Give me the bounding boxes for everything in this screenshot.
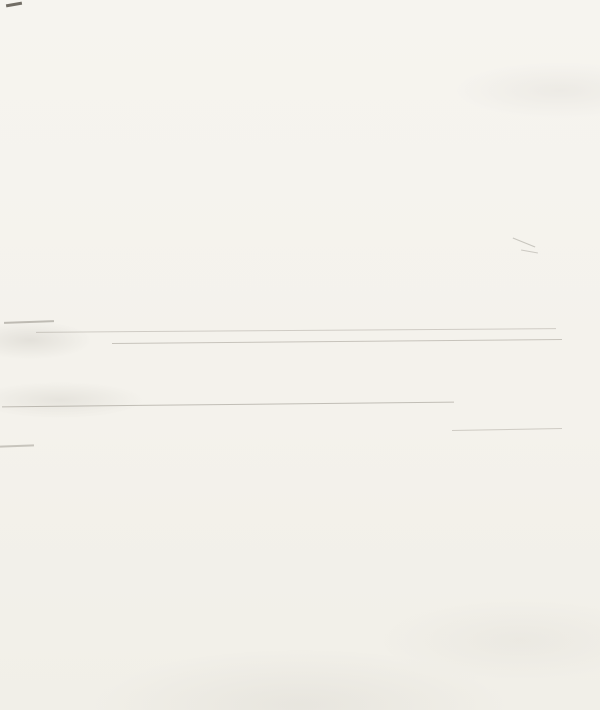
letter-1-body: На днях офицер связи вашего батальона со… <box>0 76 600 211</box>
letter-line: за газетами экспедитор.Если с ним переда… <box>37 181 574 196</box>
letter-line: что мой сын младший лейтенант Юрий Полян… <box>37 91 574 106</box>
letter-line: сообщить о том,кто и где видел и знает ч… <box>37 151 574 166</box>
scanned-letter-page: Полтава 17 января 1944 г. Уважаемый тов.… <box>0 0 600 710</box>
sender-line: Отправитель:Полевая почта 43715 "Б" Анис… <box>147 672 600 685</box>
letter-line: минутах жизни моего мальчика.От вас ежед… <box>37 166 574 181</box>
salutation: Уважаемый тов.АНИСИМОВ ! <box>133 45 600 60</box>
letter-line: Очень прошу удовлетворить мою отцовскую … <box>37 136 574 151</box>
letter-line: в октябрьских боях под Кировоградом -пог… <box>37 106 574 121</box>
signature-line: С приветом гв.майор (подпись) Ф.Анисимов… <box>150 612 600 625</box>
dateline: Полтава 17 января 1944 г. <box>330 8 600 24</box>
letter-2-body: Ваш сын,находясь во 2-м танковом батальо… <box>0 315 600 570</box>
letter-line: На днях офицер связи вашего батальона со… <box>37 76 574 91</box>
ink-mark <box>6 2 22 8</box>
heading-subject-2: гв.мл.лейтенанта Юрия Поляновского <box>119 285 600 299</box>
dashed-separator: ----------------------------------------… <box>75 212 600 226</box>
slogan-line: ЗА СМЕРТЬ ВАШЕГО СЫНА ОТОМСТИМ ДЕСЯТИКРА… <box>110 585 600 598</box>
letter-line: убитым товарищи,вернувшиеся на днях из о… <box>37 121 574 136</box>
letter-line: так как они были при нем. <box>33 557 576 570</box>
letter-2-heading: тов.Поляновский! Отвечаю на Вашу просьбу… <box>0 244 600 298</box>
recipient-address-value: Редакция газеты "В бой за Родину" т.Поля… <box>93 652 600 665</box>
letter-2: тов.Поляновский! Отвечаю на Вашу просьбу… <box>0 244 600 686</box>
letter-line: будет быстрейший и лучший способ.Осталис… <box>37 196 574 211</box>
letter-1: Уважаемый тов.АНИСИМОВ ! На днях офицер … <box>0 45 600 211</box>
